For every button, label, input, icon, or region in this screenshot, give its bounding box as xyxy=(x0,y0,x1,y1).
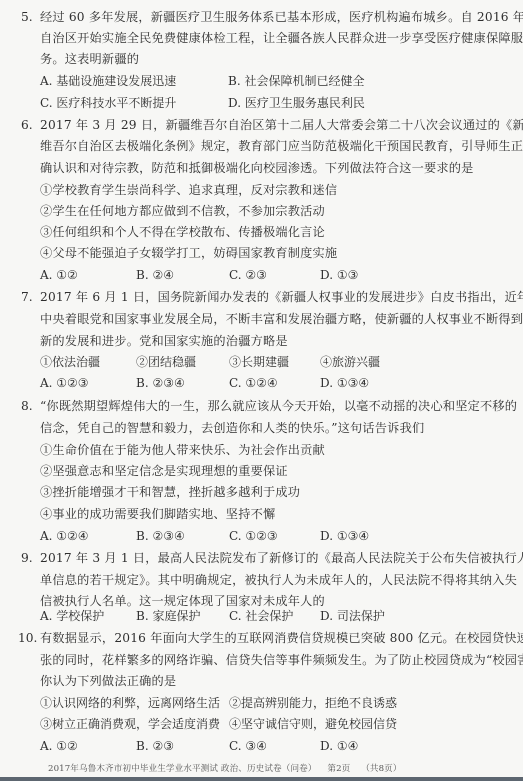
option-d: D. ①③④ xyxy=(320,373,369,393)
question-text: 2017 年 3 月 29 日，新疆维吾尔自治区第十二届人大常委会第二十八次会议… xyxy=(40,115,523,135)
option-d: D. ①③④ xyxy=(320,526,369,546)
total-pages: （共8页） xyxy=(361,764,401,774)
statement-4: ④父母不能强迫子女辍学打工，妨碍国家教育制度实施 xyxy=(40,243,337,263)
option-b: B. 社会保障机制已经健全 xyxy=(228,71,364,91)
question-number: 8. xyxy=(21,396,33,416)
option-c: C. 社会保护 xyxy=(229,606,293,626)
option-c: C. ③④ xyxy=(229,736,267,756)
option-b: B. ②④ xyxy=(136,265,174,285)
option-a: A. 基础设施建设发展迅速 xyxy=(40,71,176,91)
statement-2: ②团结稳疆 xyxy=(136,352,196,372)
option-c: C. ①②④ xyxy=(229,373,278,393)
question-text: 务。这表明新疆的 xyxy=(40,49,139,69)
statement-1: ①依法治疆 xyxy=(40,352,100,372)
statement-2: ②提高辨别能力，拒绝不良诱惑 xyxy=(229,693,397,713)
question-number: 9. xyxy=(21,548,33,568)
option-a: A. ①②④ xyxy=(40,526,89,546)
question-text: 维吾尔自治区去极端化条例》规定，教育部门应当防范极端化干预国民教育，引导师生正 xyxy=(40,136,523,156)
statement-3: ③任何组织和个人不得在学校散布、传播极端化言论 xyxy=(40,222,325,242)
statement-2: ②学生在任何地方都应做到不信教，不参加宗教活动 xyxy=(40,201,325,221)
question-text: 中央着眼党和国家事业发展全局，不断丰富和发展治疆方略，使新疆的人权事业不断得到 xyxy=(40,309,523,329)
statement-4: ④坚守诚信守则，避免校园信贷 xyxy=(229,714,397,734)
option-c: C. ②③ xyxy=(229,265,267,285)
page-footer: 2017年乌鲁木齐市初中毕业生学业水平测试 政治、历史试卷（问卷） 第2页 （共… xyxy=(48,762,410,774)
statement-3: ③挫折能增强才干和智慧，挫折越多越利于成功 xyxy=(40,482,300,502)
question-number: 7. xyxy=(21,287,33,307)
question-text: 自治区开始实施全民免费健康体检工程，让全疆各族人民群众进一步享受医疗健康保障服 xyxy=(40,28,523,48)
option-b: B. ②③④ xyxy=(136,373,185,393)
question-text: 信念，凭自己的智慧和毅力，去创造你和人类的快乐。”这句话告诉我们 xyxy=(40,418,424,438)
question-number: 5. xyxy=(21,7,33,27)
question-number: 6. xyxy=(21,115,33,135)
option-b: B. 家庭保护 xyxy=(136,606,200,626)
statement-1: ①生命价值在于能为他人带来快乐、为社会作出贡献 xyxy=(40,440,325,460)
question-number: 10. xyxy=(18,628,37,648)
statement-1: ①认识网络的利弊，远离网络生活 xyxy=(40,693,220,713)
statement-4: ④事业的成功需要我们脚踏实地、坚持不懈 xyxy=(40,504,275,524)
page-number: 第2页 xyxy=(327,764,350,774)
statement-2: ②坚强意志和坚定信念是实现理想的重要保证 xyxy=(40,461,288,481)
option-c: C. 医疗科技水平不断提升 xyxy=(40,93,176,113)
bottom-edge-bar xyxy=(0,777,523,781)
option-a: A. ①② xyxy=(40,736,78,756)
exam-title: 2017年乌鲁木齐市初中毕业生学业水平测试 政治、历史试卷（问卷） xyxy=(48,764,317,774)
option-a: A. ①② xyxy=(40,265,78,285)
option-b: B. ②③④ xyxy=(136,526,185,546)
statement-3: ③树立正确消费观，学会适度消费 xyxy=(40,714,220,734)
option-b: B. ②③ xyxy=(136,736,174,756)
question-text: 有数据显示，2016 年面向大学生的互联网消费信贷规模已突破 800 亿元。在校… xyxy=(40,628,523,648)
option-d: D. ①④ xyxy=(320,736,358,756)
option-d: D. 司法保护 xyxy=(320,606,385,626)
statement-4: ④旅游兴疆 xyxy=(320,352,380,372)
question-text: 单信息的若干规定》。其中明确规定，被执行人为未成年人的，人民法院不得将其纳入失 xyxy=(40,570,517,590)
option-a: A. 学校保护 xyxy=(40,606,104,626)
exam-page: 5. 经过 60 多年发展，新疆医疗卫生服务体系已基本形成，医疗机构遍布城乡。自… xyxy=(0,0,523,781)
statement-1: ①学校教育学生崇尚科学、追求真理，反对宗教和迷信 xyxy=(40,180,337,200)
question-text: 经过 60 多年发展，新疆医疗卫生服务体系已基本形成，医疗机构遍布城乡。自 20… xyxy=(40,7,523,27)
question-text: 张的同时，花样繁多的网络诈骗、信贷失信等事件频频发生。为了防止校园贷成为“校园害… xyxy=(40,650,523,670)
question-text: “你既然期望辉煌伟大的一生，那么就应该从今天开始，以毫不动摇的决心和坚定不移的 xyxy=(40,396,517,416)
option-d: D. ①③ xyxy=(320,265,358,285)
option-c: C. ①②③ xyxy=(229,526,278,546)
statement-3: ③长期建疆 xyxy=(229,352,289,372)
question-text: 2017 年 3 月 1 日，最高人民法院发布了新修订的《最高人民法院关于公布失… xyxy=(40,548,523,568)
question-text: 你认为下列做法正确的是 xyxy=(40,671,176,691)
question-text: 2017 年 6 月 1 日，国务院新闻办发表的《新疆人权事业的发展进步》白皮书… xyxy=(40,287,523,307)
question-text: 确认识和对待宗教，防范和抵御极端化向校园渗透。下列做法符合这一要求的是 xyxy=(40,158,474,178)
question-text: 新的发展和进步。党和国家实施的治疆方略是 xyxy=(40,331,288,351)
option-a: A. ①②③ xyxy=(40,373,89,393)
option-d: D. 医疗卫生服务惠民利民 xyxy=(228,93,365,113)
